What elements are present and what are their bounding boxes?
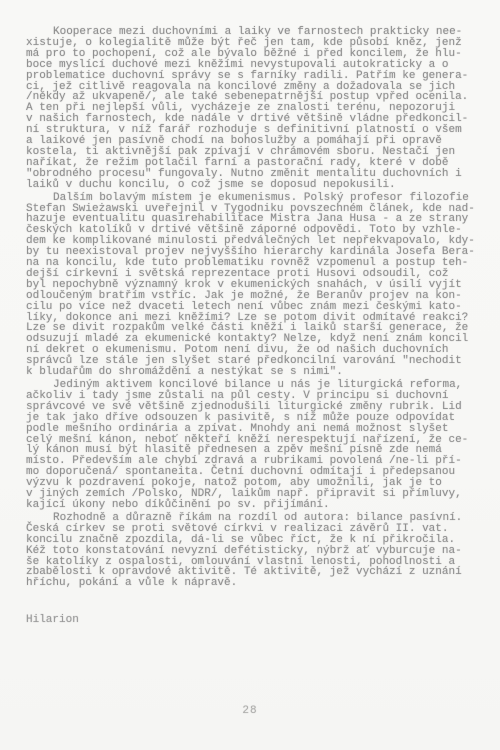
document-page: Kooperace mezi duchovními a laiky ve far… bbox=[0, 0, 500, 750]
paragraph: Jediným aktivem koncilové bilance u nás … bbox=[26, 380, 488, 511]
paragraph: Dalším bolavým místem je ekumenismus. Po… bbox=[26, 193, 488, 378]
paragraph: Kooperace mezi duchovními a laiky ve far… bbox=[26, 27, 488, 191]
signature: Hilarion bbox=[26, 615, 488, 626]
page-number: 28 bbox=[0, 705, 500, 717]
paragraph: Rozhodně a důrazně říkám na rozdíl od au… bbox=[26, 513, 488, 589]
document-text: Kooperace mezi duchovními a laiky ve far… bbox=[26, 27, 488, 626]
